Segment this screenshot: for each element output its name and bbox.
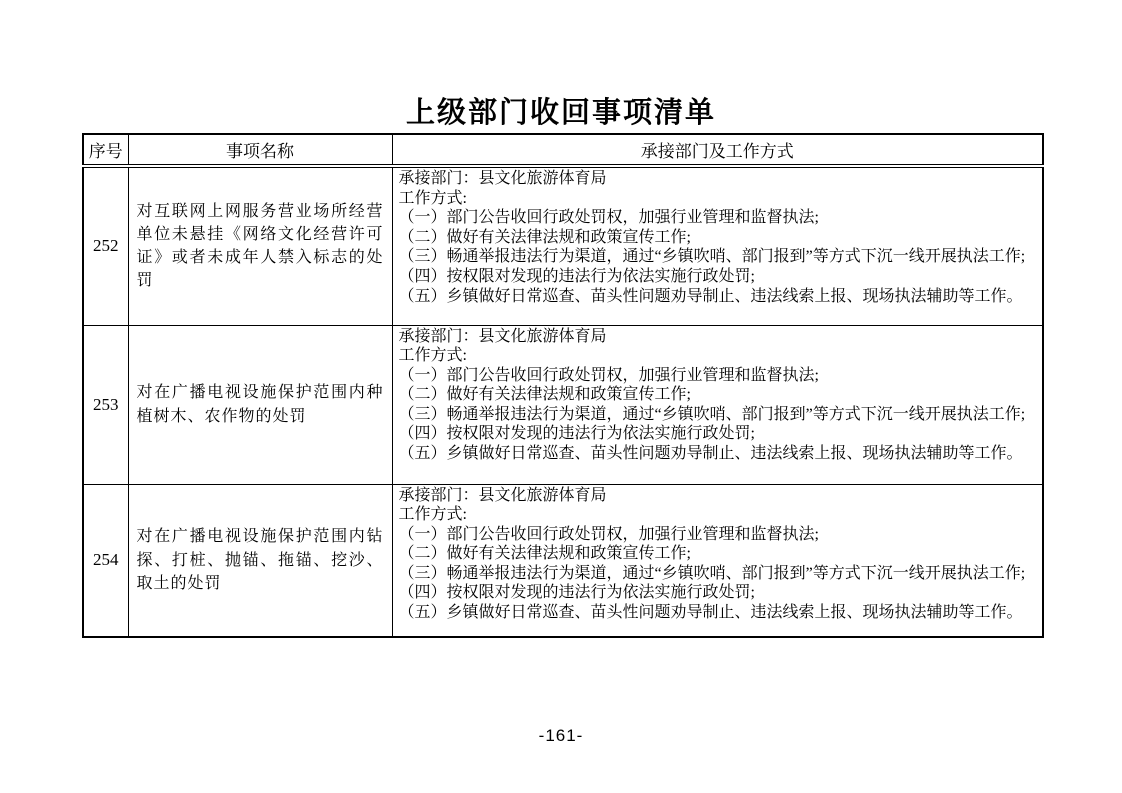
method-line: （一）部门公告收回行政处罚权，加强行业管理和监督执法; (399, 525, 1038, 545)
method-line: （二）做好有关法律法规和政策宣传工作; (399, 385, 1038, 405)
method-line: （五）乡镇做好日常巡查、苗头性问题劝导制止、违法线索上报、现场执法辅助等工作。 (399, 444, 1038, 464)
table-row: 254 对在广播电视设施保护范围内钻探、打桩、抛锚、拖锚、挖沙、取土的处罚 承接… (83, 484, 1043, 637)
header-department-method: 承接部门及工作方式 (392, 134, 1043, 166)
method-line: （一）部门公告收回行政处罚权，加强行业管理和监督执法; (399, 208, 1038, 228)
method-line: （二）做好有关法律法规和政策宣传工作; (399, 544, 1038, 564)
method-header-line: 工作方式: (399, 505, 1038, 525)
row-serial-number: 253 (83, 325, 128, 484)
method-line: （二）做好有关法律法规和政策宣传工作; (399, 228, 1038, 248)
method-line: （一）部门公告收回行政处罚权，加强行业管理和监督执法; (399, 366, 1038, 386)
method-line: （五）乡镇做好日常巡查、苗头性问题劝导制止、违法线索上报、现场执法辅助等工作。 (399, 603, 1038, 623)
method-line: （三）畅通举报违法行为渠道，通过“乡镇吹哨、部门报到”等方式下沉一线开展执法工作… (399, 405, 1038, 425)
department-line: 承接部门：县文化旅游体育局 (399, 327, 1038, 347)
row-item-name: 对互联网上网服务营业场所经营单位未悬挂《网络文化经营许可证》或者未成年人禁入标志… (128, 166, 392, 325)
header-row: 序号 事项名称 承接部门及工作方式 (83, 134, 1043, 166)
department-line: 承接部门：县文化旅游体育局 (399, 169, 1038, 189)
page-number: -161- (0, 726, 1122, 746)
page-title: 上级部门收回事项清单 (0, 90, 1122, 131)
method-header-line: 工作方式: (399, 346, 1038, 366)
department-line: 承接部门：县文化旅游体育局 (399, 486, 1038, 506)
row-item-name: 对在广播电视设施保护范围内种植树木、农作物的处罚 (128, 325, 392, 484)
row-item-name: 对在广播电视设施保护范围内钻探、打桩、抛锚、拖锚、挖沙、取土的处罚 (128, 484, 392, 637)
row-detail: 承接部门：县文化旅游体育局 工作方式: （一）部门公告收回行政处罚权，加强行业管… (392, 484, 1043, 637)
method-line: （三）畅通举报违法行为渠道，通过“乡镇吹哨、部门报到”等方式下沉一线开展执法工作… (399, 247, 1038, 267)
document-page: 上级部门收回事项清单 序号 事项名称 承接部门及工作方式 252 对互联网上网服… (0, 0, 1122, 793)
row-detail: 承接部门：县文化旅游体育局 工作方式: （一）部门公告收回行政处罚权，加强行业管… (392, 325, 1043, 484)
table-row: 252 对互联网上网服务营业场所经营单位未悬挂《网络文化经营许可证》或者未成年人… (83, 166, 1043, 325)
method-header-line: 工作方式: (399, 189, 1038, 209)
table-header: 序号 事项名称 承接部门及工作方式 (83, 134, 1043, 166)
row-serial-number: 252 (83, 166, 128, 325)
header-item-name: 事项名称 (128, 134, 392, 166)
method-line: （四）按权限对发现的违法行为依法实施行政处罚; (399, 424, 1038, 444)
header-serial-number: 序号 (83, 134, 128, 166)
items-table: 序号 事项名称 承接部门及工作方式 252 对互联网上网服务营业场所经营单位未悬… (82, 133, 1044, 638)
row-detail: 承接部门：县文化旅游体育局 工作方式: （一）部门公告收回行政处罚权，加强行业管… (392, 166, 1043, 325)
method-line: （四）按权限对发现的违法行为依法实施行政处罚; (399, 583, 1038, 603)
method-line: （四）按权限对发现的违法行为依法实施行政处罚; (399, 267, 1038, 287)
method-line: （三）畅通举报违法行为渠道，通过“乡镇吹哨、部门报到”等方式下沉一线开展执法工作… (399, 564, 1038, 584)
method-line: （五）乡镇做好日常巡查、苗头性问题劝导制止、违法线索上报、现场执法辅助等工作。 (399, 287, 1038, 307)
table-row: 253 对在广播电视设施保护范围内种植树木、农作物的处罚 承接部门：县文化旅游体… (83, 325, 1043, 484)
row-serial-number: 254 (83, 484, 128, 637)
